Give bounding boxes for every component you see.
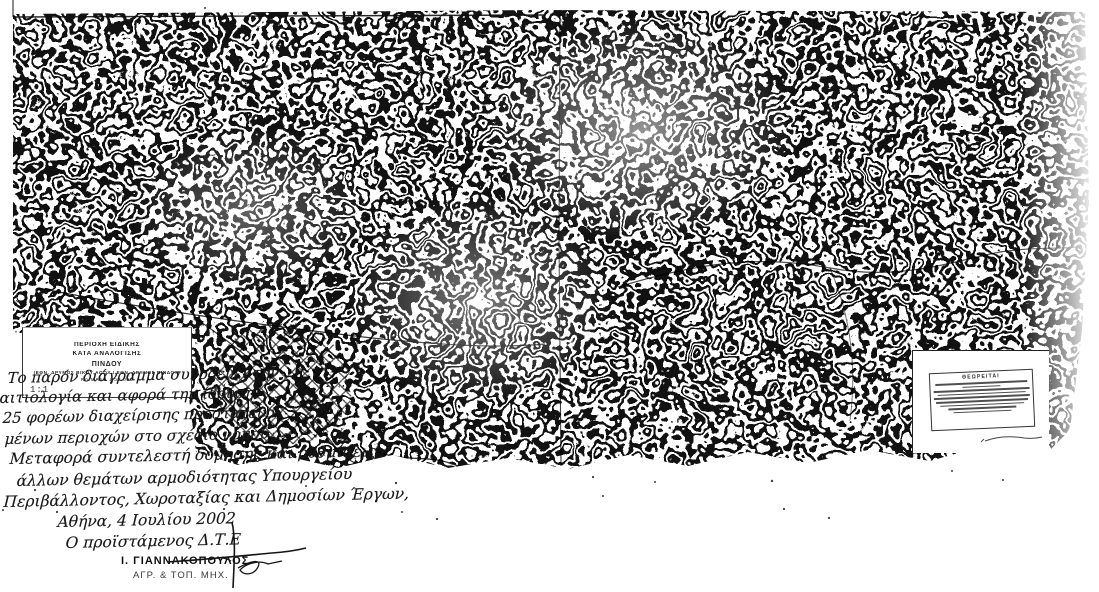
- approval-stamp-box: ΘΕΩΡΕΙΤΑΙ: [912, 350, 1049, 453]
- title-line-2: ΚΑΤΑ ΑΝΑΛΟΓΙΣΗΣ: [23, 351, 191, 358]
- handwritten-date: Αθήνα, 4 Ιουλίου 2002: [57, 509, 236, 531]
- approval-stamp: ΘΕΩΡΕΙΤΑΙ: [929, 369, 1035, 431]
- stamp-text-line: [954, 410, 1012, 414]
- title-line-1: ΠΕΡΙΟΧΗ ΕΙΔΙΚΗΣ: [23, 342, 191, 349]
- engineer-profession-stamp: ΑΓΡ. & ΤΟΠ. ΜΗΧ.: [133, 570, 229, 581]
- stamp-text-line: [962, 385, 1000, 388]
- scanned-map-page: ΠΕΡΙΟΧΗ ΕΙΔΙΚΗΣ ΚΑΤΑ ΑΝΑΛΟΓΙΣΗΣ ΠΙΝΔΟΥ (…: [0, 0, 1099, 592]
- engineer-name-stamp: Ι. ΓΙΑΝΝΑΚΟΠΟΥΛΟΣ: [121, 555, 249, 567]
- handwritten-signature-title: Ο προϊστάμενος Δ.Τ.Ε: [65, 530, 241, 552]
